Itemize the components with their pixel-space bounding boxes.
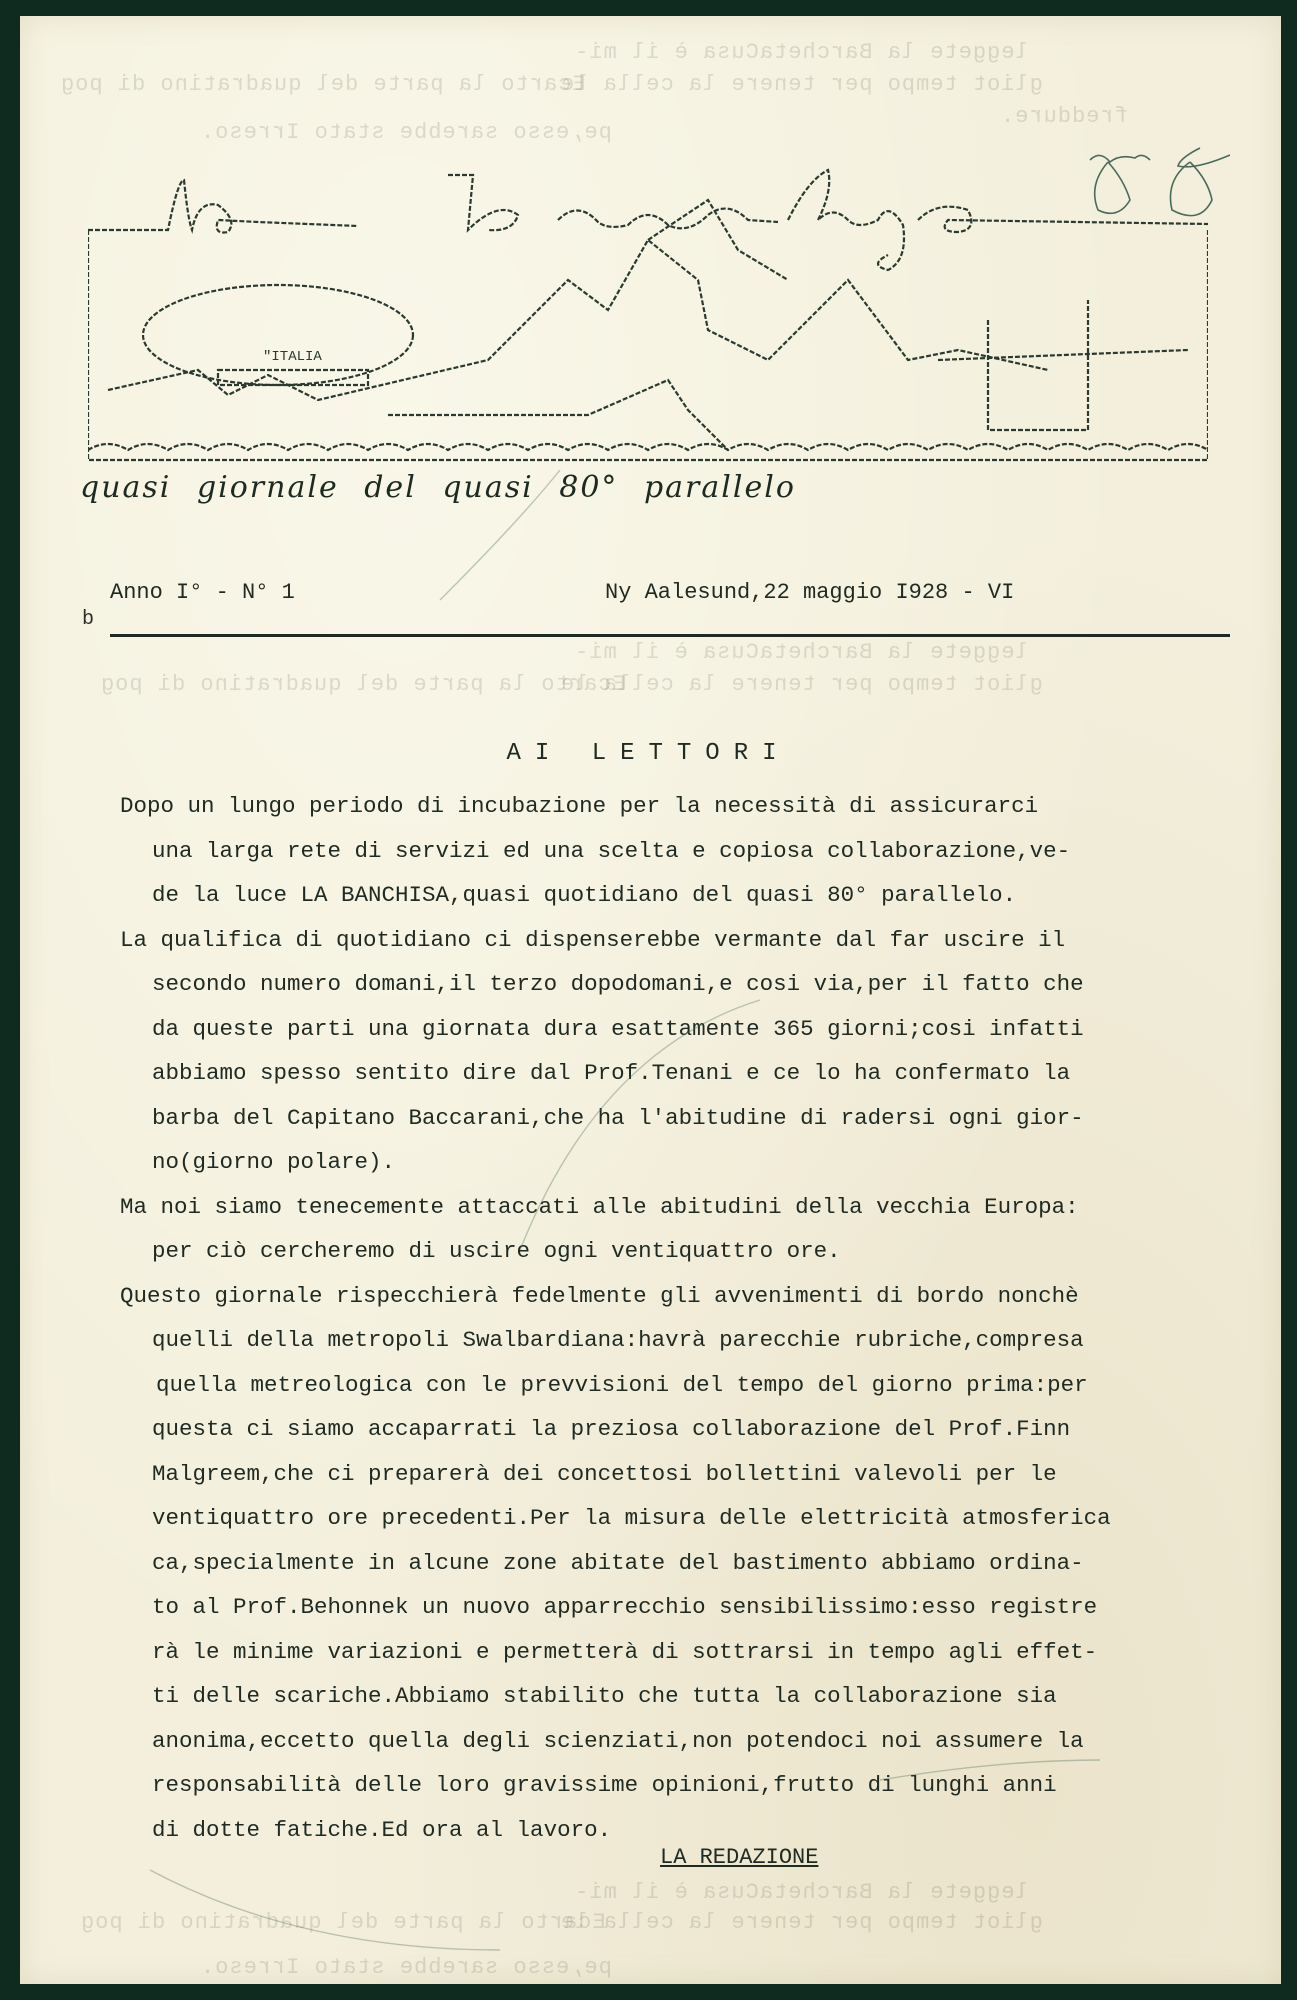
article-line: ventiquattro ore precedenti.Per la misur… [120, 1496, 1230, 1541]
article-line: ca,specialmente in alcune zone abitate d… [120, 1541, 1230, 1586]
masthead-subtitle: quasi giornale del quasi 80° parallelo [80, 470, 1080, 505]
article-line: Ma noi siamo tenecemente attaccati alle … [120, 1185, 1230, 1230]
article-line: La qualifica di quotidiano ci dispensere… [120, 918, 1230, 963]
article-signoff: LA REDAZIONE [660, 1845, 818, 1870]
article-line: abbiamo spesso sentito dire dal Prof.Ten… [120, 1051, 1230, 1096]
masthead-illustration: "ITALIA [88, 160, 1208, 470]
article-headline: AI LETTORI [0, 740, 1297, 767]
article-line: ti delle scariche.Abbiamo stabilito che … [120, 1674, 1230, 1719]
article-line: anonima,eccetto quella degli scienziati,… [120, 1719, 1230, 1764]
article-line: quella metreologica con le prevvisioni d… [120, 1363, 1230, 1408]
article-line: rà le minime variazioni e permetterà di … [120, 1630, 1230, 1675]
article-line: da queste parti una giornata dura esatta… [120, 1007, 1230, 1052]
article-line: Dopo un lungo periodo di incubazione per… [120, 784, 1230, 829]
stray-mark: b [82, 608, 94, 631]
article-line: responsabilità delle loro gravissime opi… [120, 1763, 1230, 1808]
svg-text:"ITALIA: "ITALIA [263, 349, 322, 365]
issue-number: Anno I° - N° 1 [110, 580, 295, 605]
article-line: to al Prof.Behonnek un nuovo apparrecchi… [120, 1585, 1230, 1630]
article-line: barba del Capitano Baccarani,che ha l'ab… [120, 1096, 1230, 1141]
article-line: quelli della metropoli Swalbardiana:havr… [120, 1318, 1230, 1363]
article-body: Dopo un lungo periodo di incubazione per… [120, 784, 1230, 1852]
article-line: Questo giornale rispecchierà fedelmente … [120, 1274, 1230, 1319]
article-line: questa ci siamo accaparrati la preziosa … [120, 1407, 1230, 1452]
header-rule [110, 634, 1230, 637]
article-line: Malgreem,che ci preparerà dei concettosi… [120, 1452, 1230, 1497]
article-line: secondo numero domani,il terzo dopodoman… [120, 962, 1230, 1007]
dateline: Ny Aalesund,22 maggio I928 - VI [605, 580, 1014, 605]
article-line: de la luce LA BANCHISA,quasi quotidiano … [120, 873, 1230, 918]
article-line: no(giorno polare). [120, 1140, 1230, 1185]
article-line: per ciò cercheremo di uscire ogni ventiq… [120, 1229, 1230, 1274]
article-line: una larga rete di servizi ed una scelta … [120, 829, 1230, 874]
